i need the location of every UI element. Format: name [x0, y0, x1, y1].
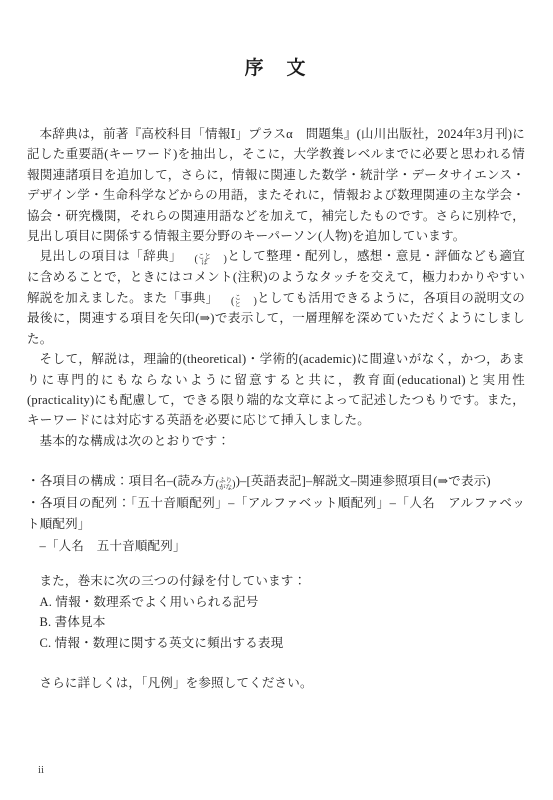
warichu-annotation: (ことば) [182, 254, 227, 268]
page-number: ii [38, 764, 44, 776]
preface-page: 序 文 本辞典は，前著『高校科目「情報Ⅰ」プラスα 問題集』(山川出版社，202… [0, 0, 553, 800]
appendix-item-c: C. 情報・数理に関する英文に頻出する表現 [27, 633, 525, 654]
list-item-entry-order-continued: –「人名 五十音順配列」 [27, 536, 525, 558]
page-title: 序 文 [27, 56, 525, 82]
appendix-section: また，巻末に次の三つの付録を付しています： A. 情報・数理系でよく用いられる記… [27, 571, 525, 653]
warichu-annotation: (こと) [218, 295, 257, 309]
appendix-item-a: A. 情報・数理系でよく用いられる記号 [27, 592, 525, 613]
closing-note: さらに詳しくは，「凡例」を参照してください。 [27, 673, 525, 693]
paragraph-structure-intro: 基本的な構成は次のとおりです： [27, 431, 525, 451]
item-format-list: ・各項目の構成：項目名–(読み方(ふりがな))–[英語表記]–解説文–関連参照項… [27, 471, 525, 557]
list-item-entry-order: ・各項目の配列：「五十音順配列」–「アルファベット順配列」–「人名 アルファベッ… [27, 493, 525, 536]
preface-body: 本辞典は，前著『高校科目「情報Ⅰ」プラスα 問題集』(山川出版社，2024年3月… [27, 124, 525, 694]
paragraph-headword-policy: 見出しの項目は「辞典」(ことば)として整理・配列し，感想・意見・評価なども適宜に… [27, 246, 525, 349]
appendix-item-b: B. 書体見本 [27, 612, 525, 633]
paragraph-explanation-policy: そして，解説は，理論的(theoretical)・学術的(academic)に間… [27, 349, 525, 431]
paragraph-overview: 本辞典は，前著『高校科目「情報Ⅰ」プラスα 問題集』(山川出版社，2024年3月… [27, 124, 525, 246]
list-item-entry-structure: ・各項目の構成：項目名–(読み方(ふりがな))–[英語表記]–解説文–関連参照項… [27, 471, 525, 493]
warichu-annotation: (ふりがな) [216, 478, 236, 492]
appendix-intro: また，巻末に次の三つの付録を付しています： [27, 571, 525, 591]
